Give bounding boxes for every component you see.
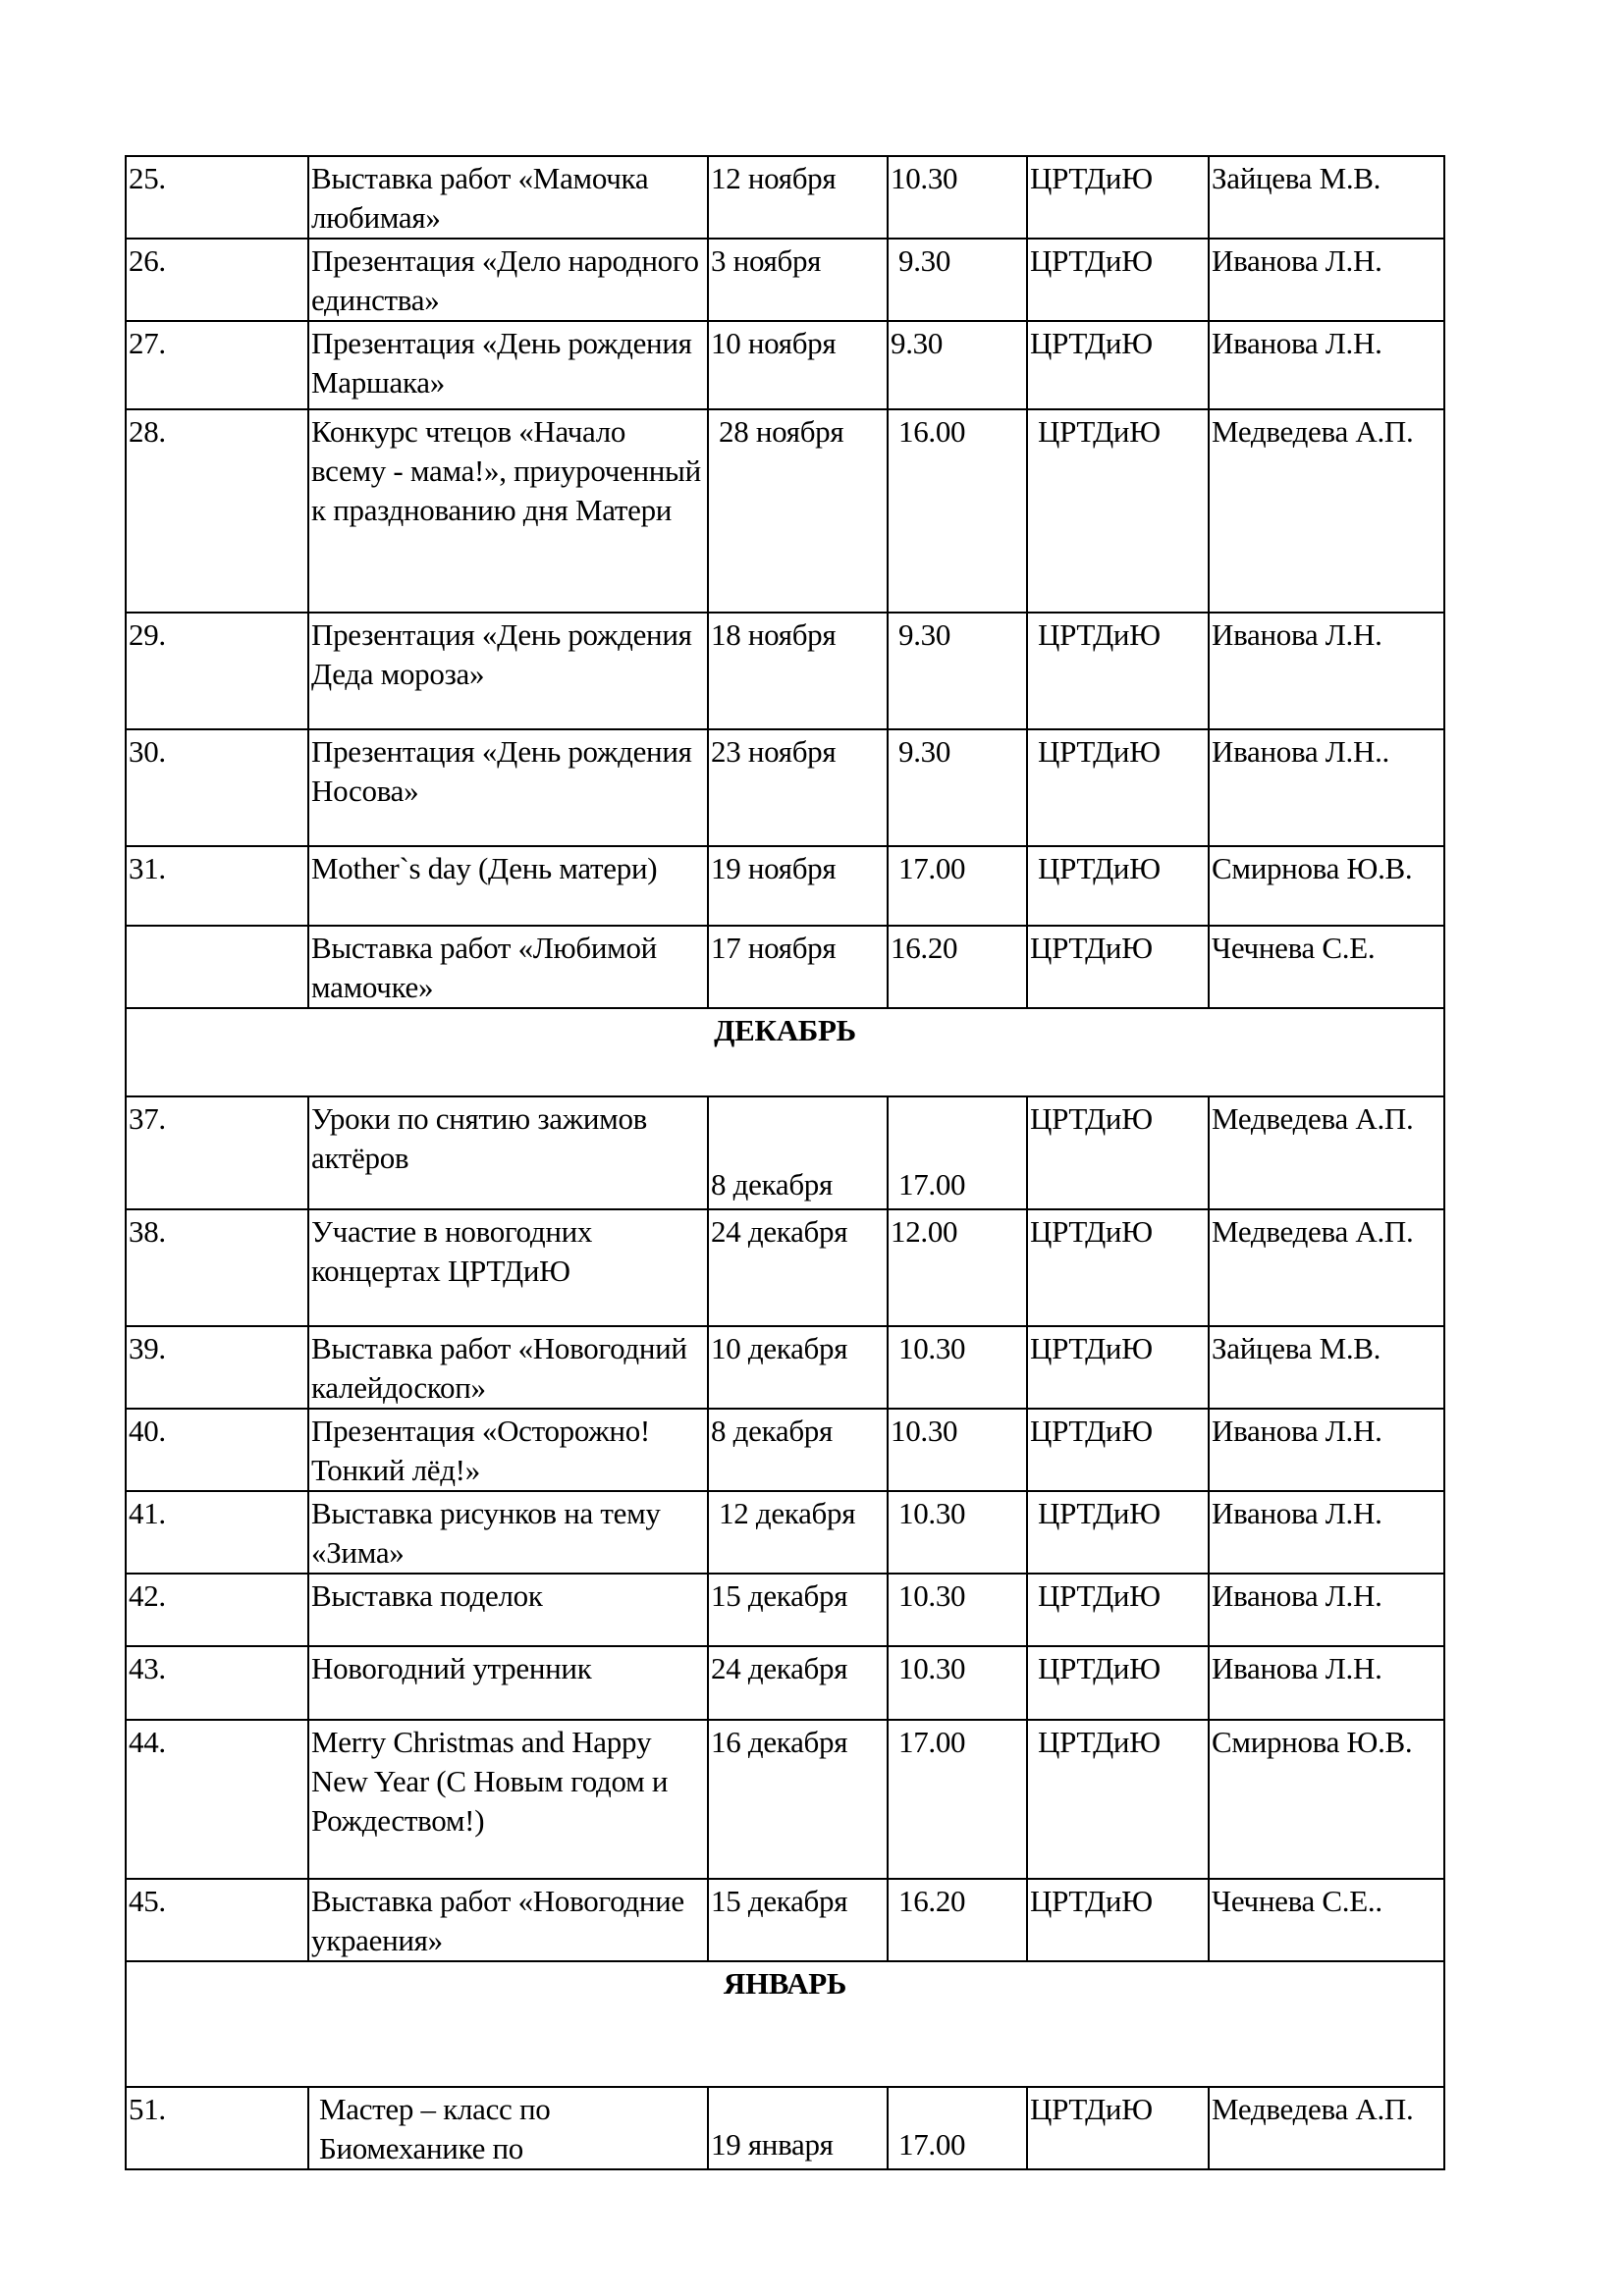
num-text: 42. [129,1578,166,1613]
cell-time: 10.30 [888,1646,1027,1720]
date-text: 3 ноября [711,243,821,278]
table-row: 29.Презентация «День рождения Деда мороз… [126,613,1444,729]
date-text: 19 января [711,2125,885,2164]
cell-responsible: Медведева А.П. [1209,1209,1444,1326]
cell-event: Merry Christmas and Happy New Year (С Но… [308,1720,708,1879]
cell-place: ЦРТДиЮ [1027,1209,1209,1326]
cell-time: 10.30 [888,1574,1027,1646]
event-text: Презентация «Дело народного единства» [311,243,699,317]
cell-place: ЦРТДиЮ [1027,729,1209,846]
month-heading: ДЕКАБРЬ [126,1008,1444,1096]
place-text: ЦРТДиЮ [1038,617,1161,652]
num-text: 31. [129,851,166,885]
cell-responsible: Зайцева М.В. [1209,1326,1444,1409]
time-text: 16.20 [891,931,957,965]
responsible-text: Смирнова Ю.В. [1212,851,1412,885]
responsible-text: Иванова Л.Н. [1212,326,1382,360]
cell-time: 17.00 [888,2087,1027,2169]
responsible-text: Медведева А.П. [1212,1214,1413,1249]
place-text: ЦРТДиЮ [1030,1884,1153,1918]
date-text: 10 ноября [711,326,836,360]
table-row: Выставка работ «Любимой мамочке»17 ноябр… [126,926,1444,1008]
month-heading: ЯНВАРЬ [126,1961,1444,2087]
num-text: 40. [129,1414,166,1448]
responsible-text: Медведева А.П. [1212,2092,1413,2126]
num-text: 28. [129,414,166,449]
cell-time: 9.30 [888,613,1027,729]
cell-event: Конкурс чтецов «Начало всему - мама!», п… [308,409,708,613]
date-text: 8 декабря [711,1165,885,1204]
event-text: Выставка рисунков на тему «Зима» [311,1496,661,1570]
event-text: Выставка работ «Любимой мамочке» [311,931,657,1004]
cell-time: 16.00 [888,409,1027,613]
place-text: ЦРТДиЮ [1030,161,1153,195]
cell-time: 16.20 [888,926,1027,1008]
place-text: ЦРТДиЮ [1030,1214,1153,1249]
place-text: ЦРТДиЮ [1038,1578,1161,1613]
cell-event: Презентация «Дело народного единства» [308,239,708,321]
place-text: ЦРТДиЮ [1038,851,1161,885]
num-text: 51. [129,2092,166,2126]
cell-event: Выставка работ «Новогодние украения» [308,1879,708,1961]
num-text: 27. [129,326,166,360]
place-text: ЦРТДиЮ [1030,1331,1153,1365]
num-text: 26. [129,243,166,278]
date-text: 18 ноября [711,617,836,652]
cell-place: ЦРТДиЮ [1027,1326,1209,1409]
time-text: 10.30 [898,1331,965,1365]
num-text: 43. [129,1651,166,1685]
event-text: Презентация «День рождения Носова» [311,734,692,808]
table-row: 38.Участие в новогодних концертах ЦРТДиЮ… [126,1209,1444,1326]
cell-place: ЦРТДиЮ [1027,1879,1209,1961]
place-text: ЦРТДиЮ [1030,1414,1153,1448]
time-text: 9.30 [898,243,950,278]
num-text: 37. [129,1101,166,1136]
place-text: ЦРТДиЮ [1038,1725,1161,1759]
event-text: Уроки по снятию зажимов актёров [311,1101,647,1175]
responsible-text: Иванова Л.Н. [1212,1414,1382,1448]
date-text: 10 декабря [711,1331,847,1365]
event-text: Конкурс чтецов «Начало всему - мама!», п… [311,414,701,527]
cell-responsible: Иванова Л.Н. [1209,239,1444,321]
cell-num: 42. [126,1574,308,1646]
date-text: 17 ноября [711,931,836,965]
month-row-january: ЯНВАРЬ [126,1961,1444,2087]
cell-event: Mother`s day (День матери) [308,846,708,926]
event-text: Merry Christmas and Happy New Year (С Но… [311,1725,668,1838]
cell-num: 26. [126,239,308,321]
table-row: 51.Мастер – класс по Биомеханике по19 ян… [126,2087,1444,2169]
cell-num: 45. [126,1879,308,1961]
responsible-text: Иванова Л.Н.. [1212,734,1389,769]
num-text: 45. [129,1884,166,1918]
cell-date: 23 ноября [708,729,888,846]
table-row: 44.Merry Christmas and Happy New Year (С… [126,1720,1444,1879]
cell-date: 12 ноября [708,156,888,239]
cell-num: 44. [126,1720,308,1879]
num-text: 29. [129,617,166,652]
cell-date: 19 января [708,2087,888,2169]
event-text: Мастер – класс по Биомеханике по [319,2092,550,2165]
cell-responsible: Иванова Л.Н.. [1209,729,1444,846]
table-row: 40.Презентация «Осторожно! Тонкий лёд!»8… [126,1409,1444,1491]
cell-num: 30. [126,729,308,846]
num-text: 39. [129,1331,166,1365]
cell-time: 10.30 [888,1409,1027,1491]
table-row: 41.Выставка рисунков на тему «Зима»12 де… [126,1491,1444,1574]
place-text: ЦРТДиЮ [1030,2092,1153,2126]
cell-date: 10 ноября [708,321,888,409]
event-text: Выставка поделок [311,1578,543,1613]
cell-num: 38. [126,1209,308,1326]
responsible-text: Смирнова Ю.В. [1212,1725,1412,1759]
time-text: 10.30 [891,161,957,195]
cell-event: Презентация «День рождения Деда мороза» [308,613,708,729]
cell-responsible: Медведева А.П. [1209,409,1444,613]
event-text: Презентация «Осторожно! Тонкий лёд!» [311,1414,650,1487]
cell-time: 17.00 [888,1720,1027,1879]
cell-date: 15 декабря [708,1879,888,1961]
cell-event: Презентация «День рождения Маршака» [308,321,708,409]
cell-date: 12 декабря [708,1491,888,1574]
cell-responsible: Иванова Л.Н. [1209,1574,1444,1646]
cell-event: Выставка поделок [308,1574,708,1646]
cell-responsible: Медведева А.П. [1209,2087,1444,2169]
date-text: 19 ноября [711,851,836,885]
cell-num: 28. [126,409,308,613]
responsible-text: Медведева А.П. [1212,414,1413,449]
cell-place: ЦРТДиЮ [1027,613,1209,729]
cell-num: 29. [126,613,308,729]
time-text: 10.30 [898,1651,965,1685]
place-text: ЦРТДиЮ [1030,1101,1153,1136]
date-text: 23 ноября [711,734,836,769]
cell-num: 39. [126,1326,308,1409]
responsible-text: Чечнева С.Е. [1212,931,1375,965]
cell-date: 24 декабря [708,1209,888,1326]
cell-date: 24 декабря [708,1646,888,1720]
date-text: 8 декабря [711,1414,833,1448]
cell-num: 41. [126,1491,308,1574]
table-row: 42.Выставка поделок15 декабря10.30ЦРТДиЮ… [126,1574,1444,1646]
cell-event: Мастер – класс по Биомеханике по [308,2087,708,2169]
cell-time: 9.30 [888,239,1027,321]
cell-date: 28 ноября [708,409,888,613]
time-text: 17.00 [898,851,965,885]
table-row: 28.Конкурс чтецов «Начало всему - мама!»… [126,409,1444,613]
cell-responsible: Смирнова Ю.В. [1209,846,1444,926]
cell-time: 12.00 [888,1209,1027,1326]
cell-num: 43. [126,1646,308,1720]
cell-time: 9.30 [888,729,1027,846]
cell-place: ЦРТДиЮ [1027,1409,1209,1491]
cell-responsible: Чечнева С.Е.. [1209,1879,1444,1961]
schedule-body: 25.Выставка работ «Мамочка любимая»12 но… [126,156,1444,2169]
place-text: ЦРТДиЮ [1030,326,1153,360]
event-text: Новогодний утренник [311,1651,591,1685]
responsible-text: Иванова Л.Н. [1212,1578,1382,1613]
event-text: Mother`s day (День матери) [311,851,657,885]
cell-date: 8 декабря [708,1096,888,1209]
date-text: 15 декабря [711,1884,847,1918]
cell-responsible: Чечнева С.Е. [1209,926,1444,1008]
cell-responsible: Иванова Л.Н. [1209,321,1444,409]
cell-responsible: Иванова Л.Н. [1209,1409,1444,1491]
cell-date: 16 декабря [708,1720,888,1879]
cell-event: Презентация «День рождения Носова» [308,729,708,846]
table-row: 30.Презентация «День рождения Носова»23 … [126,729,1444,846]
cell-num: 27. [126,321,308,409]
date-text: 12 декабря [719,1496,855,1530]
time-text: 9.30 [898,734,950,769]
cell-place: ЦРТДиЮ [1027,926,1209,1008]
cell-event: Новогодний утренник [308,1646,708,1720]
cell-event: Выставка работ «Любимой мамочке» [308,926,708,1008]
cell-event: Уроки по снятию зажимов актёров [308,1096,708,1209]
cell-event: Выставка работ «Мамочка любимая» [308,156,708,239]
cell-place: ЦРТДиЮ [1027,321,1209,409]
date-text: 16 декабря [711,1725,847,1759]
cell-num: 40. [126,1409,308,1491]
cell-place: ЦРТДиЮ [1027,239,1209,321]
time-text: 12.00 [891,1214,957,1249]
num-text: 30. [129,734,166,769]
cell-place: ЦРТДиЮ [1027,1720,1209,1879]
time-text: 10.30 [898,1578,965,1613]
cell-place: ЦРТДиЮ [1027,846,1209,926]
cell-place: ЦРТДиЮ [1027,1096,1209,1209]
num-text: 41. [129,1496,166,1530]
cell-date: 3 ноября [708,239,888,321]
table-row: 39.Выставка работ «Новогодний калейдоско… [126,1326,1444,1409]
cell-responsible: Медведева А.П. [1209,1096,1444,1209]
num-text: 44. [129,1725,166,1759]
cell-num: 37. [126,1096,308,1209]
date-text: 12 ноября [711,161,836,195]
cell-time: 9.30 [888,321,1027,409]
date-text: 24 декабря [711,1651,847,1685]
cell-date: 10 декабря [708,1326,888,1409]
place-text: ЦРТДиЮ [1030,931,1153,965]
cell-time: 17.00 [888,1096,1027,1209]
place-text: ЦРТДиЮ [1030,243,1153,278]
table-row: 27.Презентация «День рождения Маршака»10… [126,321,1444,409]
cell-responsible: Смирнова Ю.В. [1209,1720,1444,1879]
cell-date: 15 декабря [708,1574,888,1646]
place-text: ЦРТДиЮ [1038,1496,1161,1530]
table-row: 37.Уроки по снятию зажимов актёров8 дека… [126,1096,1444,1209]
responsible-text: Иванова Л.Н. [1212,1496,1382,1530]
responsible-text: Зайцева М.В. [1212,161,1380,195]
place-text: ЦРТДиЮ [1038,734,1161,769]
event-text: Участие в новогодних концертах ЦРТДиЮ [311,1214,592,1288]
event-text: Выставка работ «Мамочка любимая» [311,161,648,235]
cell-time: 10.30 [888,1491,1027,1574]
place-text: ЦРТДиЮ [1038,414,1161,449]
cell-place: ЦРТДиЮ [1027,1646,1209,1720]
schedule-table: 25.Выставка работ «Мамочка любимая»12 но… [125,155,1445,2170]
responsible-text: Иванова Л.Н. [1212,1651,1382,1685]
cell-time: 10.30 [888,156,1027,239]
time-text: 9.30 [891,326,943,360]
cell-place: ЦРТДиЮ [1027,1491,1209,1574]
event-text: Презентация «День рождения Деда мороза» [311,617,692,691]
table-row: 31.Mother`s day (День матери)19 ноября17… [126,846,1444,926]
date-text: 24 декабря [711,1214,847,1249]
cell-time: 16.20 [888,1879,1027,1961]
cell-time: 17.00 [888,846,1027,926]
cell-responsible: Иванова Л.Н. [1209,1646,1444,1720]
cell-event: Презентация «Осторожно! Тонкий лёд!» [308,1409,708,1491]
cell-event: Выставка работ «Новогодний калейдоскоп» [308,1326,708,1409]
time-text: 9.30 [898,617,950,652]
cell-responsible: Иванова Л.Н. [1209,1491,1444,1574]
date-text: 15 декабря [711,1578,847,1613]
cell-responsible: Иванова Л.Н. [1209,613,1444,729]
num-text: 38. [129,1214,166,1249]
cell-place: ЦРТДиЮ [1027,1574,1209,1646]
table-row: 25.Выставка работ «Мамочка любимая»12 но… [126,156,1444,239]
table-row: 45.Выставка работ «Новогодние украения»1… [126,1879,1444,1961]
cell-place: ЦРТДиЮ [1027,156,1209,239]
place-text: ЦРТДиЮ [1038,1651,1161,1685]
time-text: 17.00 [898,2125,1024,2164]
table-row: 43.Новогодний утренник24 декабря10.30ЦРТ… [126,1646,1444,1720]
event-text: Презентация «День рождения Маршака» [311,326,692,400]
cell-num: 51. [126,2087,308,2169]
cell-place: ЦРТДиЮ [1027,2087,1209,2169]
cell-responsible: Зайцева М.В. [1209,156,1444,239]
responsible-text: Чечнева С.Е.. [1212,1884,1382,1918]
event-text: Выставка работ «Новогодние украения» [311,1884,684,1957]
cell-place: ЦРТДиЮ [1027,409,1209,613]
cell-num: 25. [126,156,308,239]
event-text: Выставка работ «Новогодний калейдоскоп» [311,1331,687,1405]
month-row-december: ДЕКАБРЬ [126,1008,1444,1096]
time-text: 10.30 [898,1496,965,1530]
table-row: 26.Презентация «Дело народного единства»… [126,239,1444,321]
time-text: 16.20 [898,1884,965,1918]
time-text: 10.30 [891,1414,957,1448]
responsible-text: Иванова Л.Н. [1212,243,1382,278]
responsible-text: Зайцева М.В. [1212,1331,1380,1365]
time-text: 17.00 [898,1165,1024,1204]
time-text: 17.00 [898,1725,965,1759]
cell-time: 10.30 [888,1326,1027,1409]
cell-num [126,926,308,1008]
responsible-text: Медведева А.П. [1212,1101,1413,1136]
cell-date: 17 ноября [708,926,888,1008]
cell-num: 31. [126,846,308,926]
cell-date: 18 ноября [708,613,888,729]
cell-event: Выставка рисунков на тему «Зима» [308,1491,708,1574]
date-text: 28 ноября [719,414,843,449]
cell-date: 8 декабря [708,1409,888,1491]
cell-event: Участие в новогодних концертах ЦРТДиЮ [308,1209,708,1326]
time-text: 16.00 [898,414,965,449]
num-text: 25. [129,161,166,195]
responsible-text: Иванова Л.Н. [1212,617,1382,652]
cell-date: 19 ноября [708,846,888,926]
